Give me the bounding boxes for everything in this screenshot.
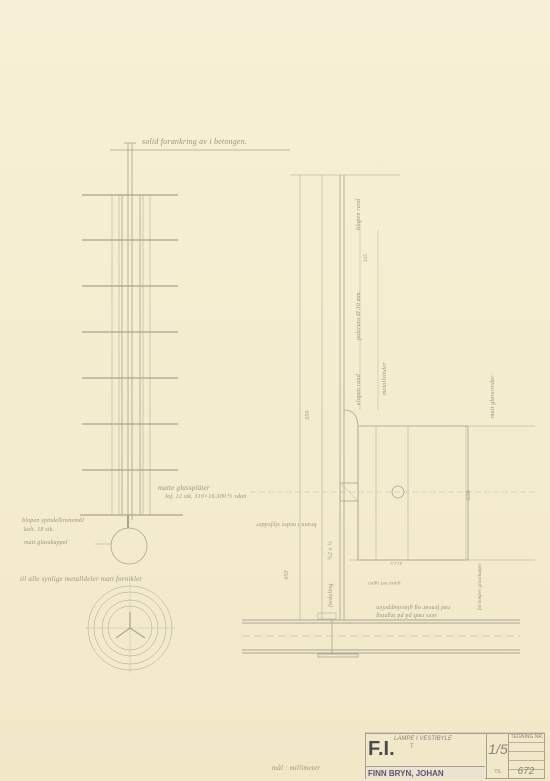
blank-row <box>509 743 545 752</box>
blank-row <box>509 752 545 761</box>
spindle-note-1: blopen spindelkronemål <box>22 518 84 524</box>
technical-drawing <box>0 0 550 781</box>
office-logo: F.I. <box>368 738 395 761</box>
scale-note: mål : millimeter <box>272 764 320 772</box>
section-label-8: fordeling <box>328 583 334 607</box>
dimension-350: 350 <box>305 410 311 420</box>
small-label: TIL <box>486 766 509 778</box>
title-block: F.I. LAMPE I VESTIBYLE T FINN BRYN, JOHA… <box>365 733 545 779</box>
section-label-9: forlempet glasskuppe <box>478 563 483 610</box>
dimension-650: 650 <box>466 490 472 500</box>
section-label-4: metallvinder <box>382 362 388 395</box>
dimension-450: 450 <box>284 570 290 580</box>
glass-plate-note-1: matte glasspláter <box>158 484 210 492</box>
project-title: LAMPE I VESTIBYLE <box>394 736 452 742</box>
section-label-3: elopen rand <box>356 374 362 405</box>
section-label-6: brann i nedre slyfedder <box>256 521 317 527</box>
section-label-11: rød fenoar og glasskuppelen <box>376 604 450 610</box>
globe-note: matt glasskuppel <box>24 540 68 546</box>
section-label-10: glass tett igjen <box>368 580 400 585</box>
spindle-note-2: kalt. 18 stk. <box>24 527 54 533</box>
dimension-312: 312.5 <box>390 560 402 565</box>
drawing-number-header: TEGNING NR. <box>509 734 545 743</box>
architects: FINN BRYN, JOHAN ELLEFSEN <box>366 766 485 779</box>
section-label-1: blopen rand <box>356 199 362 230</box>
section-label-12: sees rødt på på tegning <box>376 612 437 618</box>
drawing-scale: 1/5 <box>486 734 509 766</box>
dimension-325: 325 <box>364 254 369 262</box>
metal-finish-note: til alle synlige metalldeler matt fornik… <box>20 575 142 583</box>
section-label-2: polerans Ø 30 mm. <box>356 291 362 340</box>
section-label-5: matt glassrinder <box>490 375 496 418</box>
sheet-number: 672 <box>508 766 544 778</box>
glass-plate-note-2: Iof. 12 stk. 310×16.300 ½ vdan <box>165 494 247 500</box>
anchor-note: solid forankring av i betongen. <box>142 137 247 146</box>
section-label-7: ½2 x ½ <box>328 541 334 560</box>
project-subtitle: T <box>410 744 414 750</box>
